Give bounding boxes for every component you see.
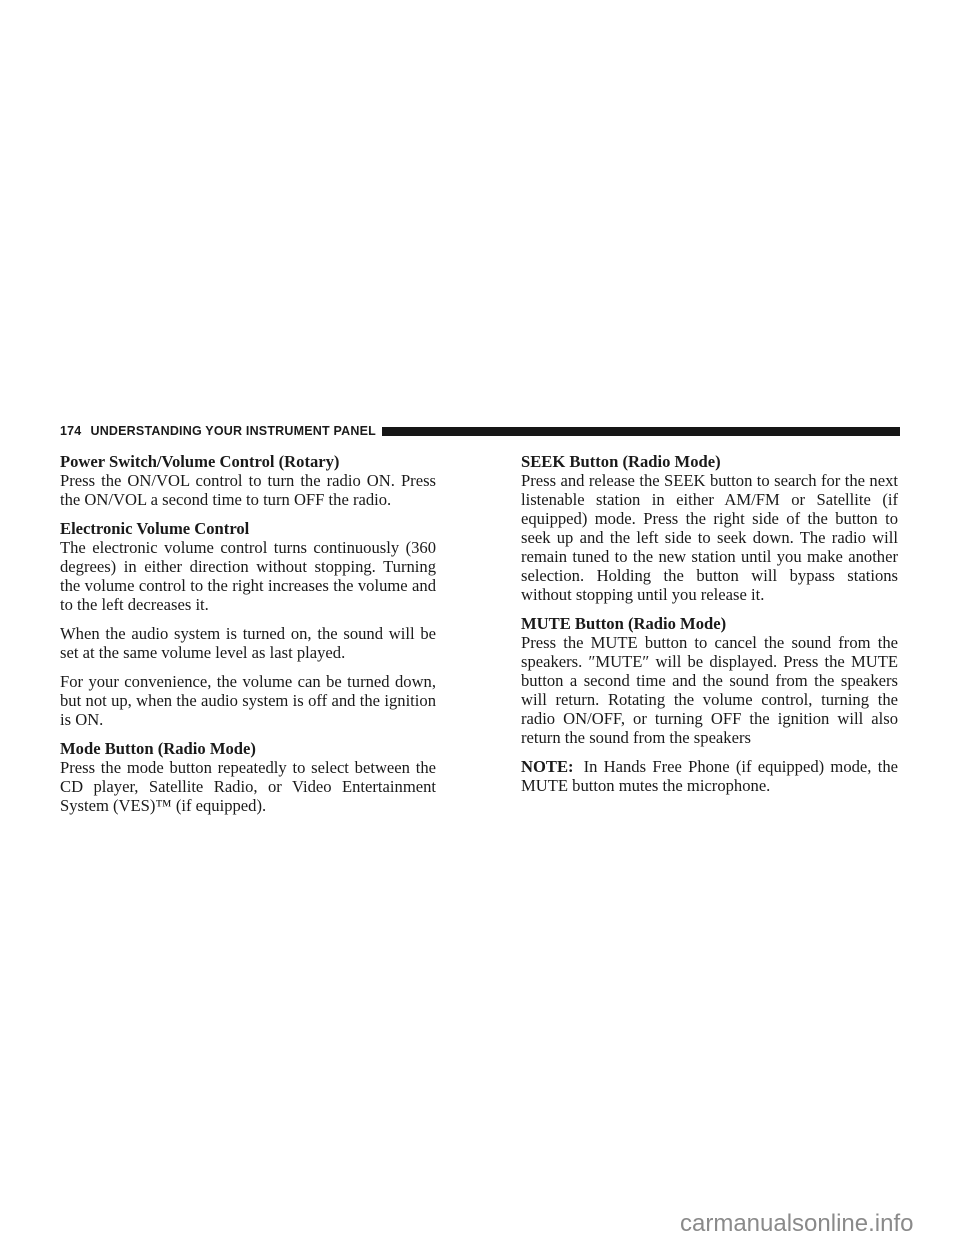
note: NOTE:In Hands Free Phone (if equipped) m… — [521, 757, 898, 795]
watermark-link[interactable]: carmanualsonline.info — [680, 1210, 913, 1238]
heading-electronic-volume: Electronic Volume Control — [60, 519, 436, 538]
note-label: NOTE: — [521, 757, 574, 776]
running-header: 174UNDERSTANDING YOUR INSTRUMENT PANEL — [60, 424, 376, 438]
paragraph: Press the mode button repeatedly to sele… — [60, 758, 436, 815]
right-column: SEEK Button (Radio Mode) Press and relea… — [521, 452, 898, 805]
header-rule-bar — [382, 427, 900, 436]
paragraph: When the audio system is turned on, the … — [60, 624, 436, 662]
heading-seek-button: SEEK Button (Radio Mode) — [521, 452, 898, 471]
left-column: Power Switch/Volume Control (Rotary) Pre… — [60, 452, 436, 825]
paragraph: The electronic volume control turns cont… — [60, 538, 436, 614]
heading-mode-button: Mode Button (Radio Mode) — [60, 739, 436, 758]
heading-mute-button: MUTE Button (Radio Mode) — [521, 614, 898, 633]
paragraph: Press the MUTE button to cancel the soun… — [521, 633, 898, 747]
section-title: UNDERSTANDING YOUR INSTRUMENT PANEL — [90, 424, 375, 438]
heading-power-switch: Power Switch/Volume Control (Rotary) — [60, 452, 436, 471]
paragraph: Press the ON/VOL control to turn the rad… — [60, 471, 436, 509]
note-text: In Hands Free Phone (if equipped) mode, … — [521, 757, 898, 795]
paragraph: For your convenience, the volume can be … — [60, 672, 436, 729]
page-header: 174UNDERSTANDING YOUR INSTRUMENT PANEL — [60, 424, 900, 438]
paragraph: Press and release the SEEK button to sea… — [521, 471, 898, 604]
page-number: 174 — [60, 424, 81, 438]
